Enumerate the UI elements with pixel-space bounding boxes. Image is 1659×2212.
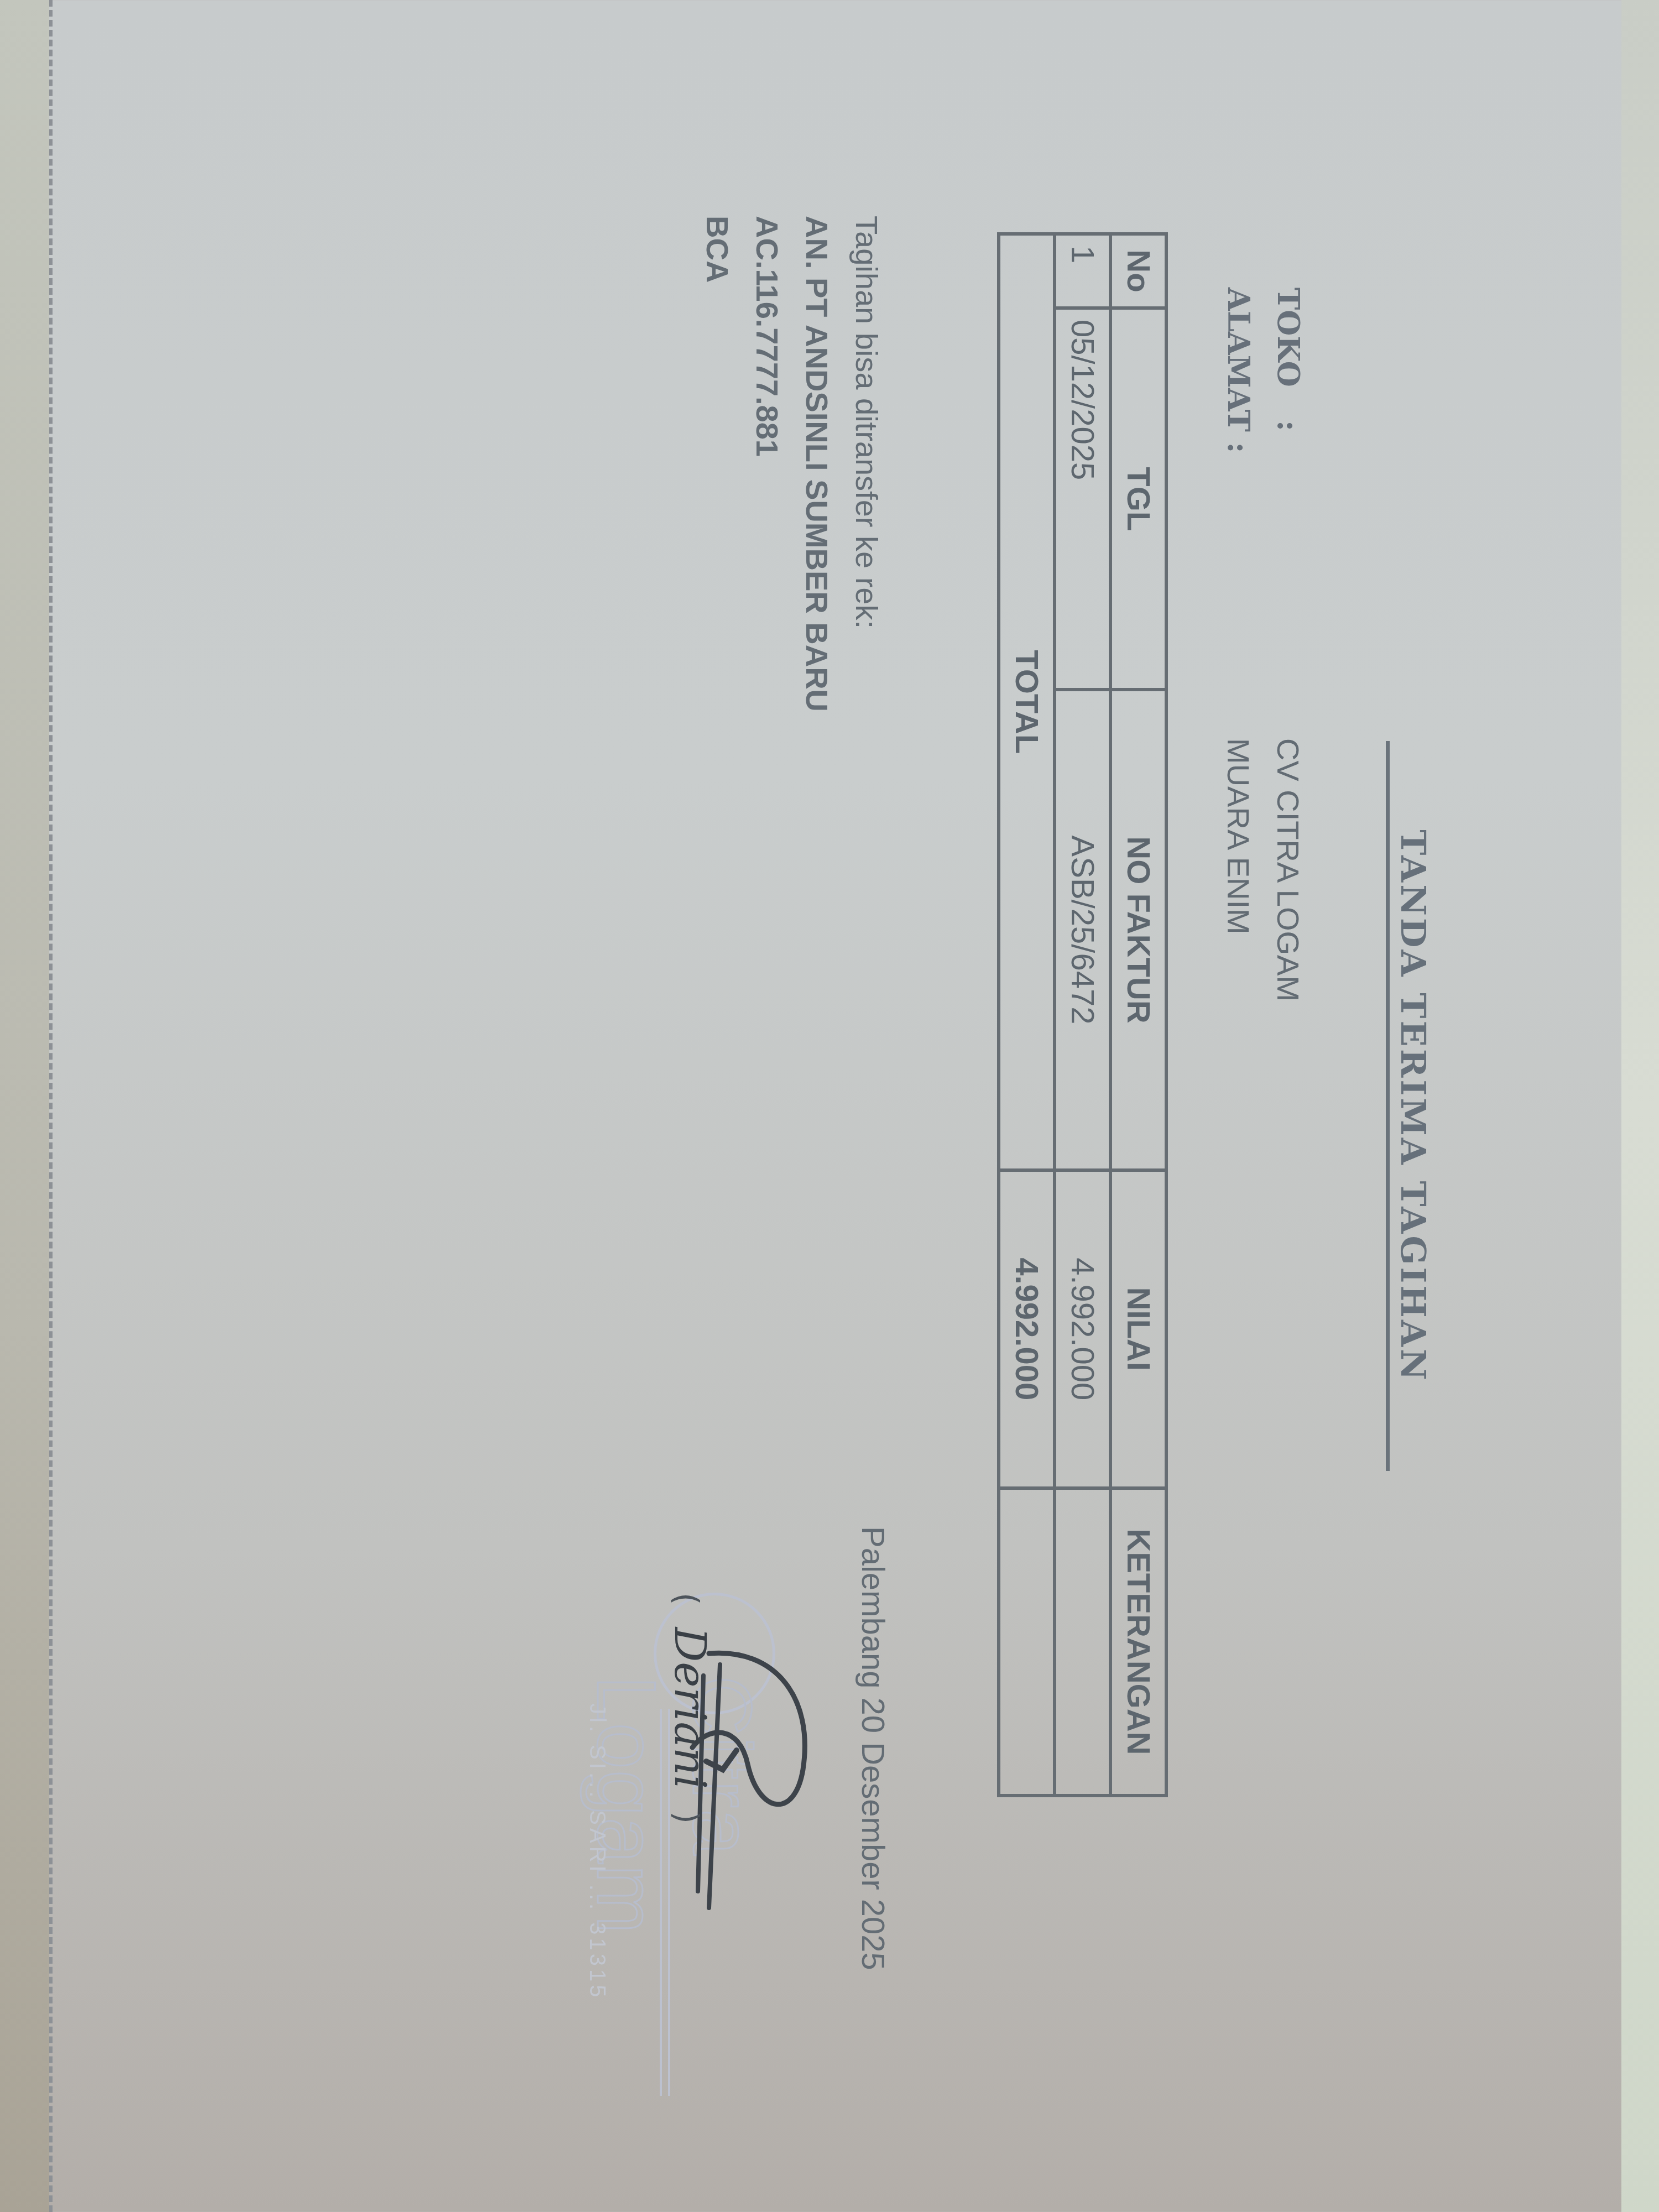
bank-name: BCA xyxy=(692,216,742,712)
cell-nilai: 4.992.000 xyxy=(1055,1170,1110,1488)
invoice-table: No TGL NO FAKTUR NILAI KETERANGAN 1 05/1… xyxy=(997,232,1168,1797)
signer: (Deriani) xyxy=(665,1593,714,1824)
payment-intro: Tagihan bisa ditransfer ke rek: xyxy=(842,216,891,712)
account-name: AN. PT ANDSINLI SUMBER BARU xyxy=(792,216,842,712)
cell-no: 1 xyxy=(1055,234,1110,308)
total-value: 4.992.000 xyxy=(999,1170,1055,1488)
header-no: No xyxy=(1110,234,1166,308)
header-nilai: NILAI xyxy=(1110,1170,1166,1488)
signer-open-paren: ( xyxy=(667,1593,705,1605)
table-row: 1 05/12/2025 ASB/25/6472 4.992.000 xyxy=(1055,234,1110,1796)
cell-keterangan xyxy=(1055,1488,1110,1796)
header-keterangan: KETERANGAN xyxy=(1110,1488,1166,1796)
payment-info: Tagihan bisa ditransfer ke rek: AN. PT A… xyxy=(692,216,891,712)
alamat-label: ALAMAT : xyxy=(1221,288,1256,453)
header-tgl: TGL xyxy=(1110,308,1166,690)
toko-label: TOKO xyxy=(1271,288,1306,387)
signer-name: Deriani xyxy=(665,1627,714,1790)
header-no-faktur: NO FAKTUR xyxy=(1110,690,1166,1170)
total-keterangan xyxy=(999,1488,1055,1796)
paper-sheet: TANDA TERIMA TAGIHAN TOKO : CV CITRA LOG… xyxy=(49,0,1621,2212)
toko-value: CV CITRA LOGAM xyxy=(1270,738,1306,1001)
cell-no-faktur: ASB/25/6472 xyxy=(1055,690,1110,1170)
cell-tgl: 05/12/2025 xyxy=(1055,308,1110,690)
place-date: Palembang 20 Desember 2025 xyxy=(854,1526,891,1970)
document-rotated: TANDA TERIMA TAGIHAN TOKO : CV CITRA LOG… xyxy=(0,0,1659,2212)
total-label: TOTAL xyxy=(999,234,1055,1170)
alamat-value: MUARA ENIM xyxy=(1220,738,1256,935)
table-header-row: No TGL NO FAKTUR NILAI KETERANGAN xyxy=(1110,234,1166,1796)
document-title: TANDA TERIMA TAGIHAN xyxy=(1386,741,1433,1471)
stamp-address: Jl. SI... SARI ... 31315 xyxy=(585,1703,609,2001)
signer-close-paren: ) xyxy=(667,1811,705,1824)
table-total-row: TOTAL 4.992.000 xyxy=(999,234,1055,1796)
toko-colon: : xyxy=(1271,420,1306,431)
account-number: AC.116.7777.881 xyxy=(742,216,792,712)
